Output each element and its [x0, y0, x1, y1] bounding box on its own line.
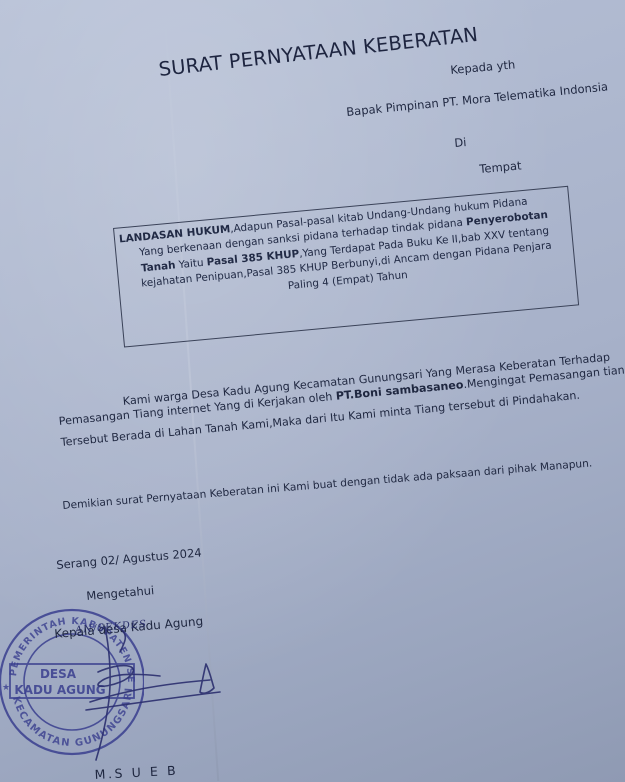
recipient-di: Di [454, 135, 467, 150]
signature-icon [50, 612, 230, 762]
place-date: Serang 02/ Agustus 2024 [56, 545, 202, 572]
legal-basis-text: LANDASAN HUKUM,Adapun Pasal-pasal kitab … [118, 191, 571, 309]
recipient-salutation: Kepada yth [450, 57, 516, 77]
legal-line-3-mid: Yaitu [175, 256, 207, 271]
recipient-place: Tempat [479, 158, 522, 176]
stamp-star-left: ★ [2, 683, 10, 693]
document-title: SURAT PERNYATAAN KEBERATAN [157, 23, 479, 81]
recipient-addressee: Bapak Pimpinan PT. Mora Telematika Indon… [346, 79, 609, 119]
signatory-name: M.S U E B [94, 763, 178, 782]
legal-basis-box: LANDASAN HUKUM,Adapun Pasal-pasal kitab … [113, 186, 579, 348]
closing-statement: Demikian surat Pernyataan Keberatan ini … [62, 457, 593, 512]
legal-line-3-bold-lead: Tanah [140, 259, 176, 274]
